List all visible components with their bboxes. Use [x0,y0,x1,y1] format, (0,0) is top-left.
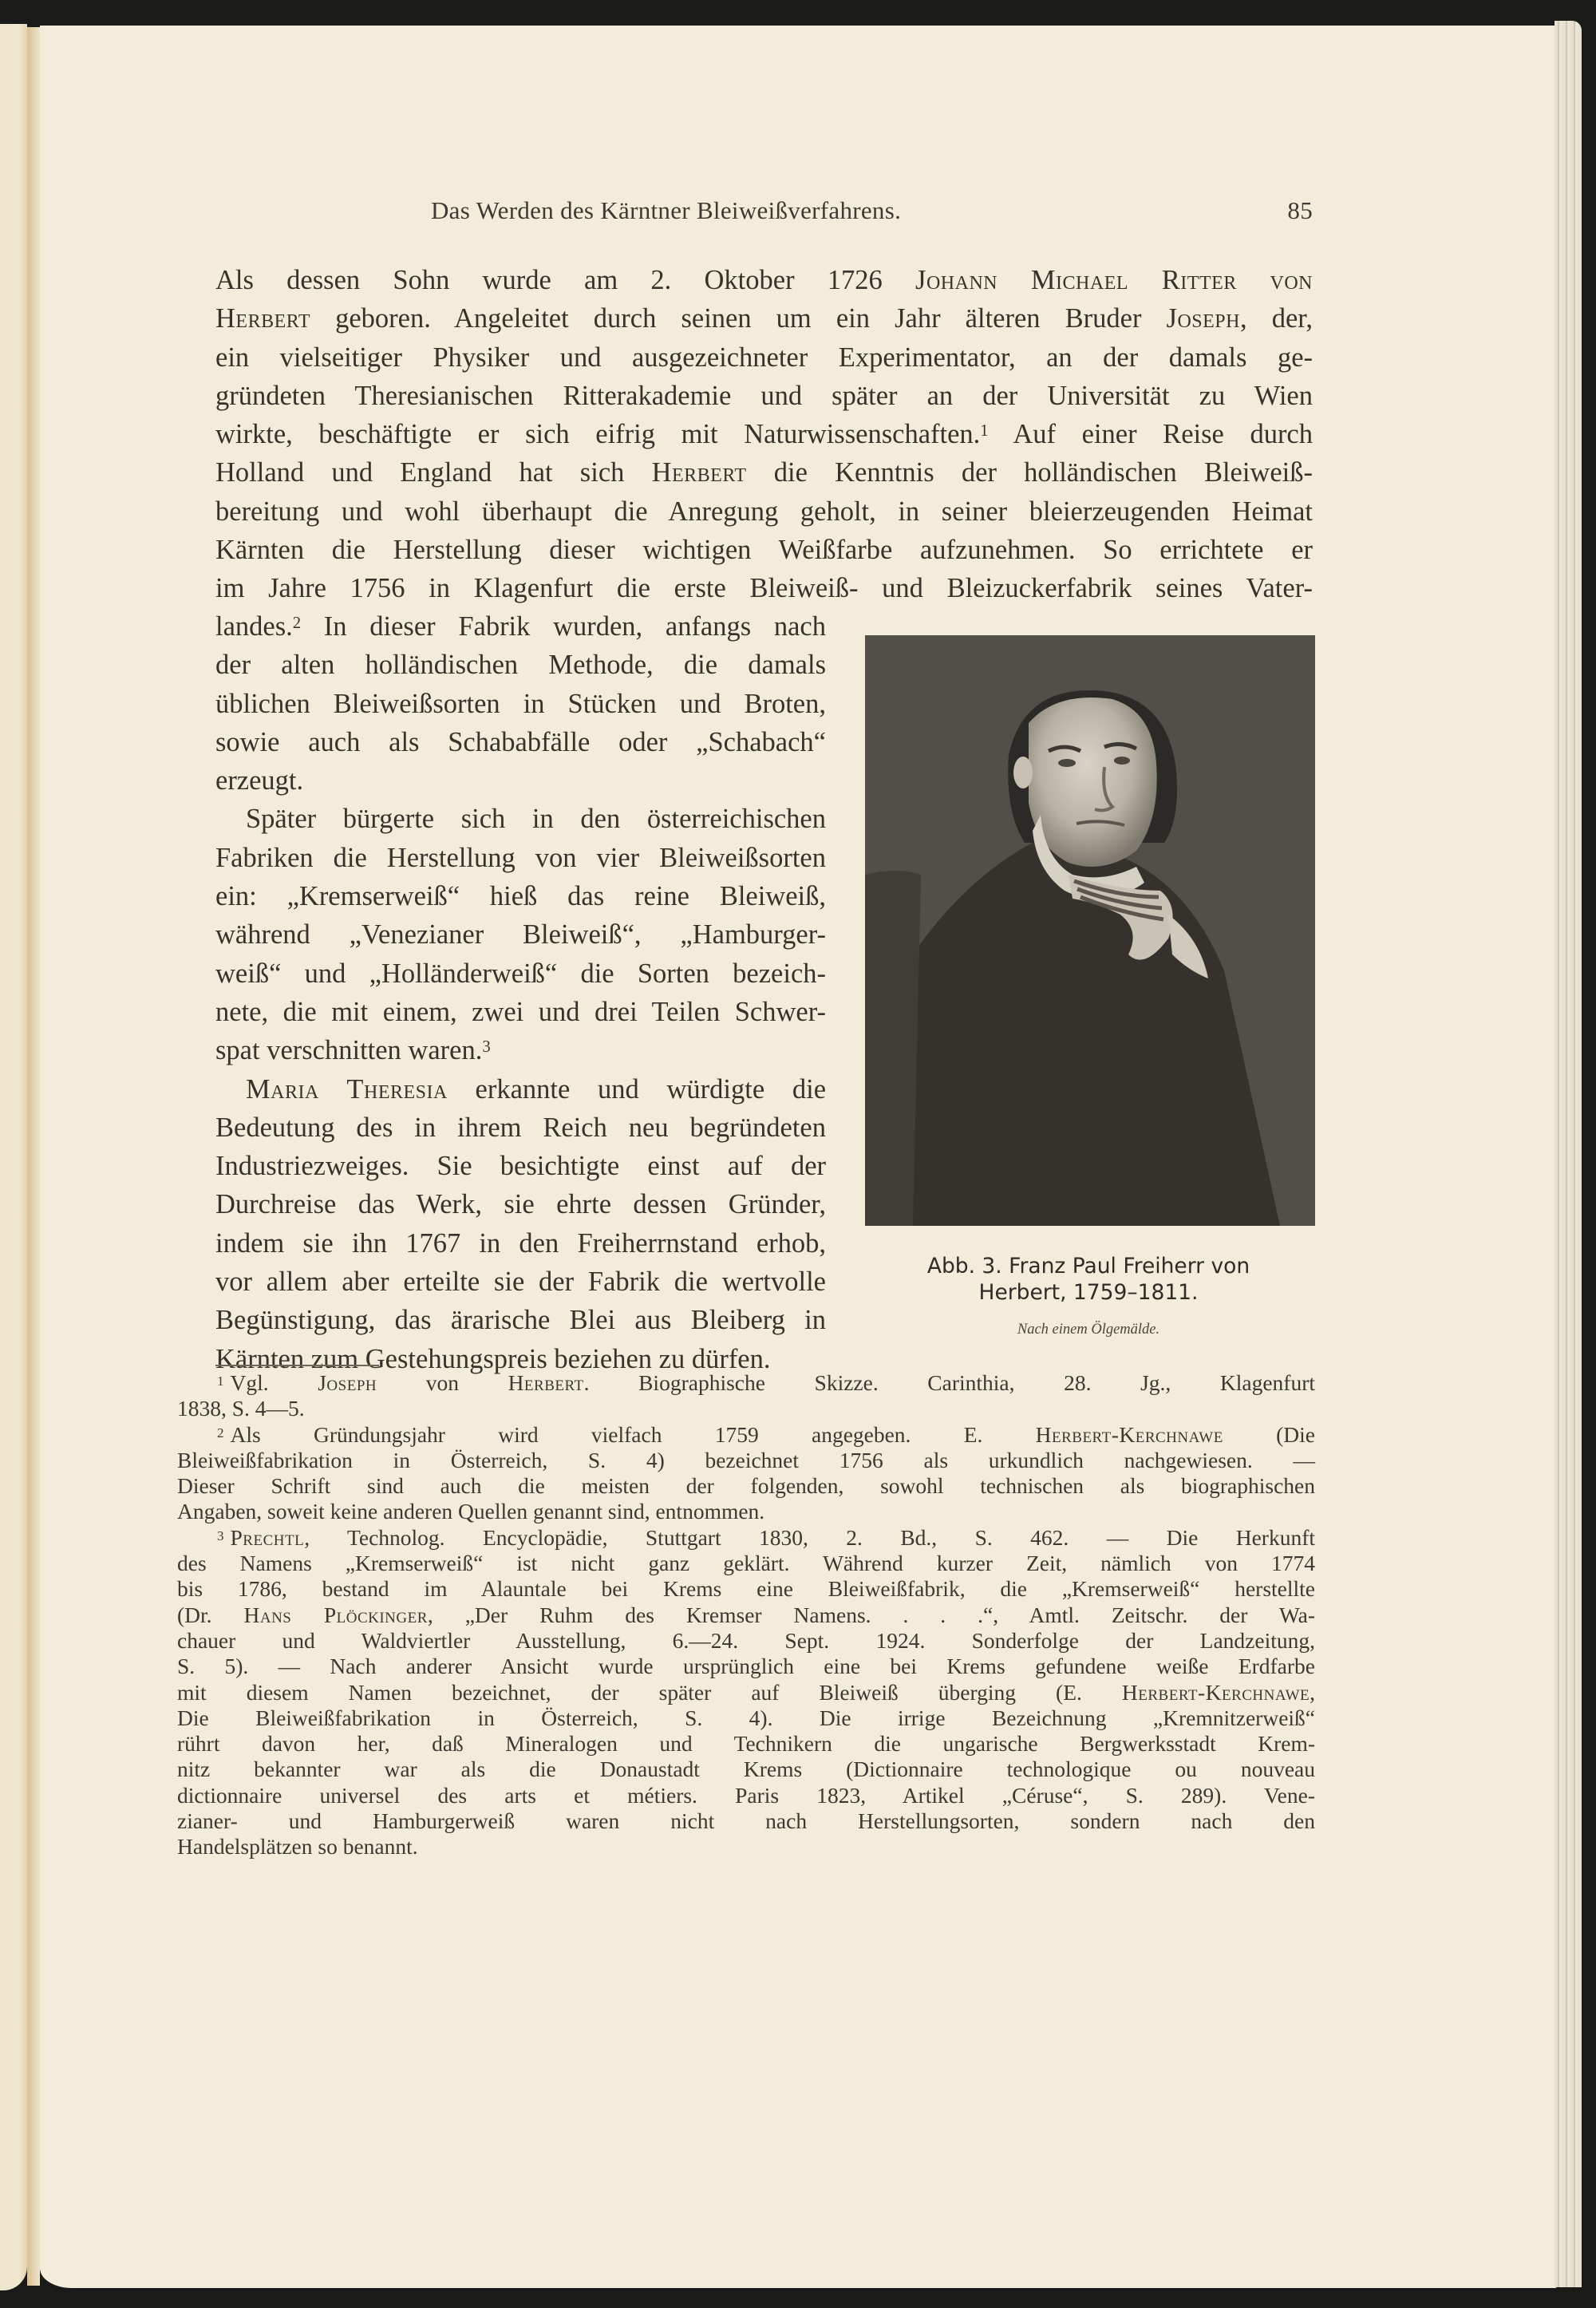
text-line: Maria Theresia erkannte und würdigte die [215,1070,826,1109]
text-line: spat verschnitten waren.3 [215,1031,826,1069]
footnote-reference[interactable]: 3 [482,1038,490,1056]
small-caps-name: Hans Plöckinger [244,1603,428,1627]
text-line: Begünstigung, das ärarische Blei aus Ble… [215,1301,826,1339]
text-line: Industriezweiges. Sie besichtigte einst … [215,1147,826,1185]
small-caps-name: Herbert [508,1370,584,1395]
text-line: ein vielseitiger Physiker und ausgezeich… [215,338,1313,377]
caption-title: Abb. 3. Franz Paul Freiherr von Herbert,… [849,1253,1328,1306]
text-line: Herbert geboren. Angeleitet durch seinen… [215,299,1313,338]
text-line: 1Vgl. Joseph von Herbert. Biographische … [177,1370,1315,1396]
text-line: chauer und Waldviertler Ausstellung, 6.—… [177,1628,1315,1654]
portrait-image [865,635,1315,1226]
text-line: Handelsplätzen so benannt. [177,1834,1315,1859]
text-line: 3Prechtl, Technolog. Encyclopädie, Stutt… [177,1525,1315,1551]
caption-line-2: Herbert, 1759–1811. [849,1279,1328,1306]
text-line: 2Als Gründungsjahr wird vielfach 1759 an… [177,1422,1315,1448]
text-line: bereitung und wohl überhaupt die Anregun… [215,492,1313,531]
footnote-reference[interactable]: 1 [980,422,988,440]
book-gutter [27,27,40,2286]
footnotes: 1Vgl. Joseph von Herbert. Biographische … [177,1370,1315,1860]
text-line: Durchreise das Werk, sie ehrte dessen Gr… [215,1185,826,1223]
small-caps-name: Herbert [215,303,310,334]
text-line: Bleiweißfabrikation in Österreich, S. 4)… [177,1448,1315,1473]
text-line: indem sie ihn 1767 in den Freiherrnstand… [215,1224,826,1263]
portrait-figure [865,635,1315,1226]
small-caps-name: Prechtl [231,1525,305,1550]
text-line: Holland und England hat sich Herbert die… [215,453,1313,492]
text-line: im Jahre 1756 in Klagenfurt die erste Bl… [215,569,1313,607]
page-stack-edges [1555,21,1582,2287]
running-head-title: Das Werden des Kärntner Bleiweißverfahre… [431,196,901,224]
text-line: der alten holländischen Methode, die dam… [215,646,826,684]
text-line: rührt davon her, daß Mineralogen und Tec… [177,1731,1315,1757]
footnote-reference[interactable]: 2 [293,615,301,632]
text-line: bis 1786, bestand im Alauntale bei Krems… [177,1576,1315,1602]
text-line: Angaben, soweit keine anderen Quellen ge… [177,1499,1315,1524]
small-caps-name: Herbert-Kerchnawe [1036,1422,1223,1447]
text-line: vor allem aber erteilte sie der Fabrik d… [215,1263,826,1301]
text-line: erzeugt. [215,761,826,800]
facing-page-edge [0,24,27,2290]
text-line: zianer- und Hamburgerweiß waren nicht na… [177,1808,1315,1834]
text-line: nitz bekannter war als die Donaustadt Kr… [177,1757,1315,1782]
footnote-3: 3Prechtl, Technolog. Encyclopädie, Stutt… [177,1525,1315,1860]
small-caps-name: Johann Michael Ritter von [915,265,1313,295]
text-line: weiß“ und „Holländerweiß“ die Sorten bez… [215,954,826,993]
footnote-2: 2Als Gründungsjahr wird vielfach 1759 an… [177,1422,1315,1525]
text-line: 1838, S. 4—5. [177,1396,1315,1421]
text-line: (Dr. Hans Plöckinger, „Der Ruhm des Krem… [177,1603,1315,1628]
small-caps-name: Herbert [652,457,747,488]
text-line: mit diesem Namen bezeichnet, der später … [177,1680,1315,1705]
footnote-number: 2 [217,1425,224,1441]
text-line: wirkte, beschäftigte er sich eifrig mit … [215,415,1313,453]
text-line: Später bürgerte sich in den österreichis… [215,800,826,838]
text-line: Dieser Schrift sind auch die meisten der… [177,1473,1315,1499]
text-line: landes.2 In dieser Fabrik wurden, anfang… [215,607,826,646]
footnote-1: 1Vgl. Joseph von Herbert. Biographische … [177,1370,1315,1422]
footnote-number: 1 [217,1373,224,1389]
text-line: Als dessen Sohn wurde am 2. Oktober 1726… [215,261,1313,299]
text-line: Kärnten die Herstellung dieser wichtigen… [215,531,1313,569]
small-caps-name: Joseph [1167,303,1240,334]
caption-line-1: Abb. 3. Franz Paul Freiherr von [849,1253,1328,1279]
text-line: Fabriken die Herstellung von vier Bleiwe… [215,839,826,877]
text-line: des Namens „Kremserweiß“ ist nicht ganz … [177,1551,1315,1576]
running-head: Das Werden des Kärntner Bleiweißverfahre… [431,196,1313,225]
text-line: üblichen Bleiweißsorten in Stücken und B… [215,685,826,723]
footnote-number: 3 [217,1528,224,1543]
footnote-separator-rule [215,1365,379,1366]
small-caps-name: Joseph [318,1370,377,1395]
body-paragraph-full-width: Als dessen Sohn wurde am 2. Oktober 1726… [215,261,1313,608]
text-line: Die Bleiweißfabrikation in Österreich, S… [177,1705,1315,1731]
text-line: sowie auch als Schababfälle oder „Schaba… [215,723,826,761]
text-line: Bedeutung des in ihrem Reich neu begründ… [215,1109,826,1147]
text-line: dictionnaire universel des arts et métie… [177,1783,1315,1808]
body-paragraph-column: landes.2 In dieser Fabrik wurden, anfang… [215,607,826,1378]
text-line: während „Venezianer Bleiweiß“, „Hamburge… [215,915,826,954]
text-line: S. 5). — Nach anderer Ansicht wurde ursp… [177,1654,1315,1679]
text-line: gründeten Theresianischen Ritterakademie… [215,377,1313,415]
text-line: ein: „Kremserweiß“ hieß das reine Bleiwe… [215,877,826,915]
caption-credit: Nach einem Ölgemälde. [849,1322,1328,1338]
page-number: 85 [1287,196,1313,225]
small-caps-name: Herbert-Kerchnawe [1122,1680,1310,1705]
small-caps-name: Maria Theresia [246,1074,448,1105]
text-line: nete, die mit einem, zwei und drei Teile… [215,993,826,1031]
